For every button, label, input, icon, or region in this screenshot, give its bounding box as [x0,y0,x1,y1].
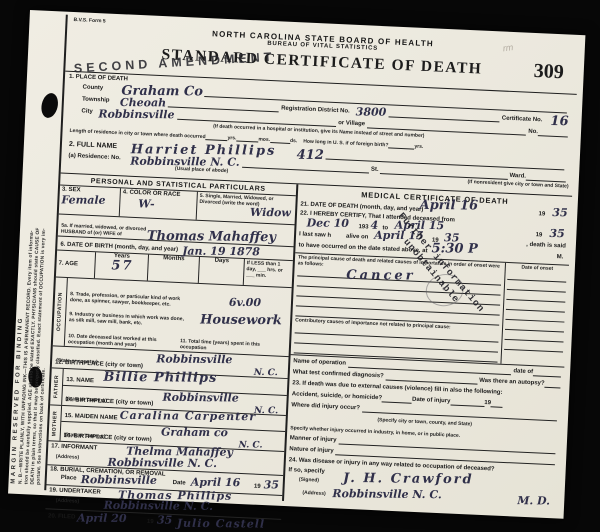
certificate-no-value: 16 [550,117,568,127]
physician-address: Robbinsville N. C. [332,489,441,500]
birthplace-state-value: N. C. [254,368,278,378]
yrs-label: yrs. [227,135,236,141]
undertaker-address-label: (Address) [56,498,80,505]
dod-year-value: 35 [552,208,567,218]
personal-column: PERSONAL AND STATISTICAL PARTICULARS 3. … [46,174,298,501]
from-year-prefix: 193 [358,224,368,231]
attended-from-value: Dec 10 [307,219,349,229]
address-label: (Address) [302,490,326,497]
physician-signature: J. H. Crawford [343,474,474,485]
house-no-label: No. [528,129,538,136]
city-label: City [81,108,93,116]
burial-place-value: Robbinsville [81,475,157,486]
city-value: Robbinsville [99,110,175,121]
father-name-value: Billie Phillips [103,373,217,384]
trade-value: 6v.00 [229,298,261,308]
father-group-label: FATHER [53,375,60,399]
informant-address-value: Robbinsville N. C. [108,458,217,469]
residence-label: (a) Residence: No. [68,153,121,162]
last-saw-label: I last saw h [299,231,331,239]
residence-value: Robbinsville N. C. [131,157,240,168]
dod-year-prefix: 19 [538,211,545,218]
certificate-paper: MARGIN RESERVED FOR BINDING N. B.—WRITE … [8,10,585,519]
marital-value: Widow [250,208,291,218]
informant-label: 17. INFORMANT [51,443,97,452]
father-name-label: 13. NAME [66,377,94,385]
death-said-label: , death is said [526,242,566,251]
sex-value: Female [61,195,105,205]
md-value: M. D. [517,496,550,506]
father-birthplace-value: Robbinsville [163,393,239,404]
filed-year-value: 35 [157,516,172,526]
birthplace-value: Robbinsville [156,354,232,365]
to-year-value: 35 [549,229,564,239]
dob-value: Jan. 19 1878 [182,247,260,258]
operation-date-label: date of [513,368,533,376]
filed-year-prefix: 19 [147,519,154,526]
burial-date-label: Date [173,480,186,488]
color-race-value: W- [138,199,154,209]
informant-address-label: (Address) [56,454,80,461]
if-so-specify-label: If so, specify [288,467,325,476]
spouse-label: 5a. If married, widowed, or divorced HUS… [61,223,147,239]
filed-date-value: April 20 [77,514,127,525]
burial-date-value: April 16 [191,478,241,489]
dod-value: April 16 [419,201,478,212]
page-number: 309 [533,60,564,84]
certificate-no-label: Certificate No. [502,116,543,125]
medical-column: MEDICAL CERTIFICATE OF DEATH 21. DATE OF… [284,184,572,513]
foreign-birth-label: How long in U. S. if of foreign birth? [303,139,388,149]
age-less-label: If LESS than 1 day, ___ hrs. or ___ min. [246,260,291,280]
burial-year-value: 35 [263,480,278,490]
registrar-value: Julio Castell [177,519,265,530]
burial-place-label: Place [61,475,77,483]
burial-year-prefix: 19 [254,484,261,491]
age-years-value: 57 [111,261,133,271]
mother-name-value: Caralina Carpenter [120,411,256,422]
to-year-prefix: 19 [535,232,542,239]
full-name-label: 2. FULL NAME [69,141,117,150]
mother-birthplace-value: Graham co [161,428,228,439]
undertaker-address-value: Robbinsville N. C. [104,501,213,512]
certificate-form: B.V.S. Form 5 NORTH CAROLINA STATE BOARD… [44,15,579,514]
occupation-group-label: OCCUPATION [56,292,64,331]
industry-value: Housework [200,315,282,326]
date-of-onset-column: Date of onset [500,263,569,367]
foreign-yrs-label: yrs. [414,144,423,150]
m-label: M. [556,254,563,261]
alive-label: alive on [346,234,369,242]
pencil-squiggle: rm [502,42,514,53]
color-race-label: 4. COLOR OR RACE [123,189,195,199]
ds-label: ds. [290,138,297,144]
district-value: 3800 [356,107,387,117]
mother-group-label: MOTHER [51,410,58,436]
county-label: County [82,84,103,92]
cause-of-death-value: Cancer [346,271,415,282]
st-label: St. [371,167,379,174]
undertaker-label: 19. UNDERTAKER [49,487,101,496]
village-label: or Village [338,120,365,128]
age-label: 7. AGE [58,261,78,268]
mos-label: mos. [258,136,270,143]
ward-label: Ward. [509,173,526,181]
scan-background: { "document": { "form_no": "B.V.S. Form … [0,0,600,532]
signed-label: (Signed) [299,477,319,484]
filed-label: 20. FILED [48,513,76,521]
township-label: Township [82,96,110,104]
mother-birthplace-state-value: N. C. [238,440,262,450]
